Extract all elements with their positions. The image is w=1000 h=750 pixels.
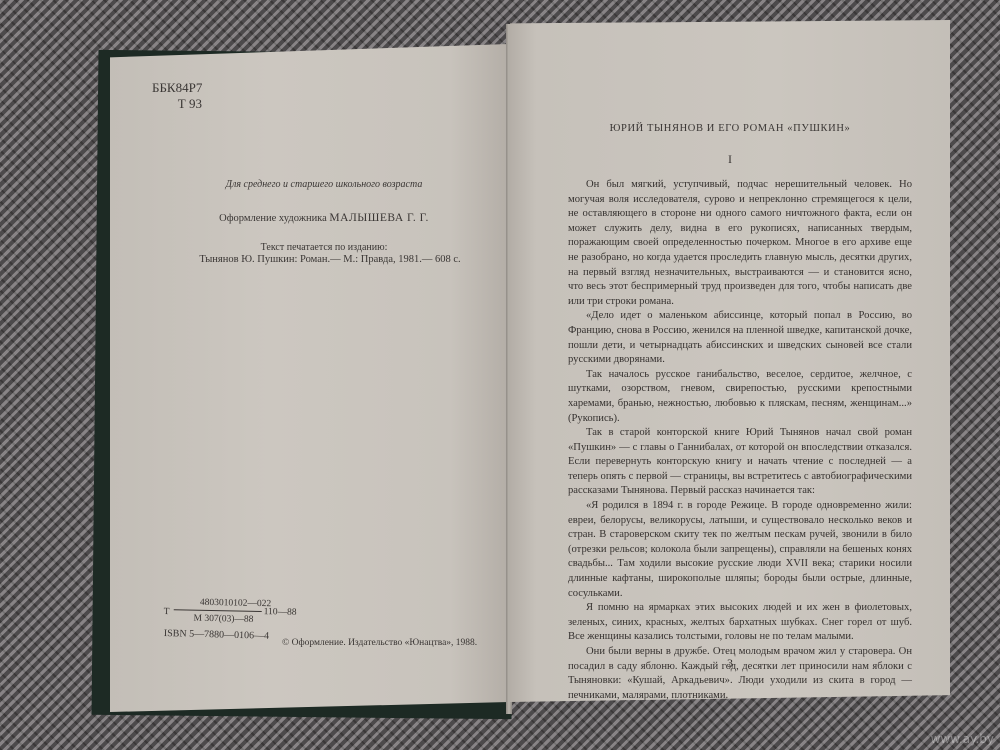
catalog-denominator: М 307(03)—88 [193, 614, 253, 626]
paragraph: «Дело идет о маленьком абиссинце, которы… [568, 309, 912, 367]
paragraph: Он был мягкий, уступчивый, подчас нереши… [568, 178, 912, 309]
paragraph: Я помню на ярмарках этих высоких людей и… [568, 601, 912, 645]
article-title: ЮРИЙ ТЫНЯНОВ И ЕГО РОМАН «ПУШКИН» [550, 123, 910, 134]
catalog-numerator: 4803010102—022 [200, 598, 271, 610]
source-edition: Тынянов Ю. Пушкин: Роман.— М.: Правда, 1… [150, 254, 510, 265]
page-number: 3 [550, 656, 910, 671]
catalog-prefix: Т [164, 607, 170, 618]
watermark: www.ay.by [931, 732, 994, 746]
library-classification: ББК84Р7 Т 93 [152, 80, 202, 112]
designer-name: МАЛЫШЕВА Г. Г. [329, 212, 428, 224]
isbn: ISBN 5—7880—0106—4 [164, 628, 270, 642]
chapter-number: I [550, 152, 910, 167]
author-mark: Т 93 [152, 96, 202, 112]
paragraph: Так в старой конторской книге Юрий Тынян… [568, 426, 912, 499]
designer-label: Оформление художника [219, 213, 327, 224]
paragraph: Они были верны в дружбе. Отец молодым вр… [568, 645, 912, 703]
left-page: ББК84Р7 Т 93 Для среднего и старшего шко… [110, 44, 510, 712]
copyright-note: © Оформление. Издательство «Юнацтва», 19… [282, 638, 477, 648]
paragraph: Так началось русское ганибальство, весел… [568, 368, 912, 426]
source-label: Текст печатается по изданию: [174, 242, 474, 253]
bbk-code: ББК84Р7 [152, 80, 202, 96]
audience-note: Для среднего и старшего школьного возрас… [174, 179, 474, 190]
catalog-price-code: 110—88 [264, 607, 297, 619]
paragraph: «Я родился в 1894 г. в городе Режице. В … [568, 499, 912, 601]
right-page: ЮРИЙ ТЫНЯНОВ И ЕГО РОМАН «ПУШКИН» I Он б… [510, 20, 950, 702]
designer-credit: Оформление художника МАЛЫШЕВА Г. Г. [174, 212, 474, 224]
article-body: Он был мягкий, уступчивый, подчас нереши… [568, 178, 912, 703]
